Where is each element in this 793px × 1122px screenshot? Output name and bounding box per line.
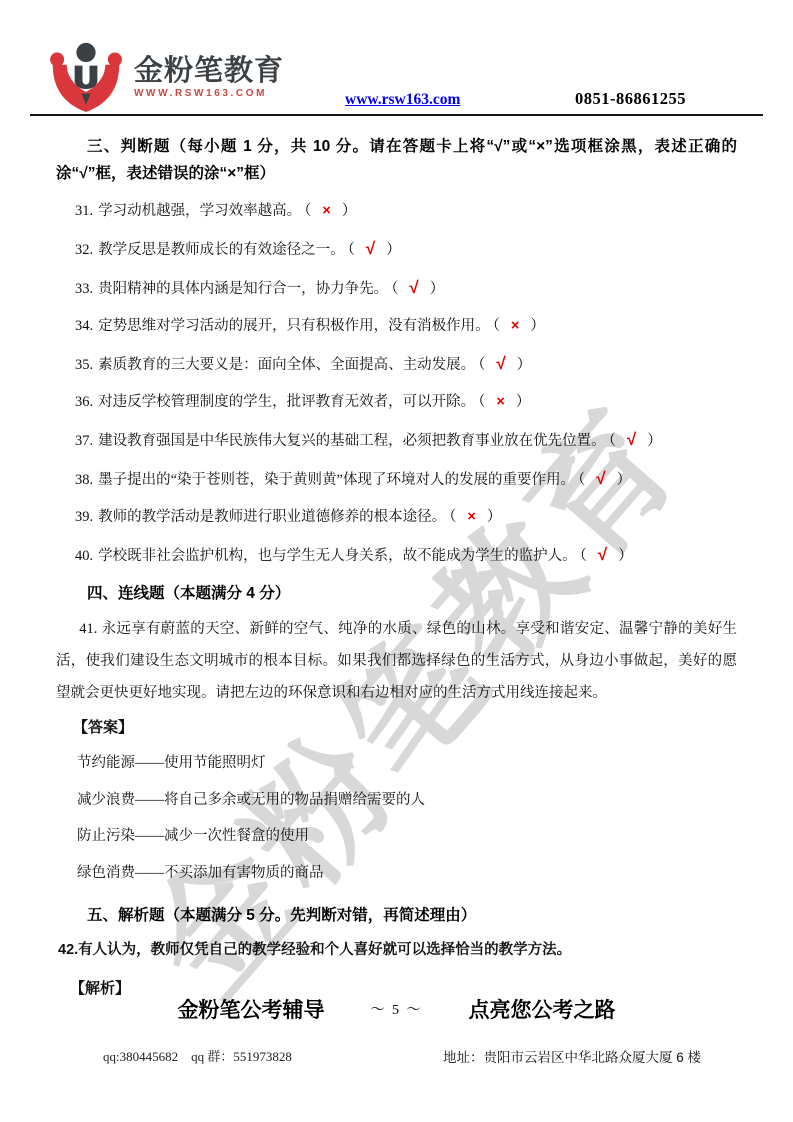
question-number: 36. xyxy=(75,394,93,410)
logo-icon xyxy=(44,42,128,112)
question-text: 素质教育的三大要义是：面向全体、全面提高、主动发展。 xyxy=(98,357,475,373)
answer-mark: √ xyxy=(627,430,636,449)
paren-open: （ xyxy=(578,472,585,488)
question-number: 37. xyxy=(75,433,93,449)
brand-name: 金粉笔教育 xyxy=(134,56,284,86)
paren-close: ） xyxy=(618,548,633,564)
question-number: 39. xyxy=(75,509,93,525)
pair-left: 节约能源 xyxy=(77,755,135,771)
footer-brand: 金粉笔公考辅导 xyxy=(178,994,325,1024)
judge-question-row: 37.建设教育强国是中华民族伟大复兴的基础工程，必须把教育事业放在优先位置。（√… xyxy=(56,431,737,450)
match-pair-row: 减少浪费——将自己多余或无用的物品捐赠给需要的人 xyxy=(56,792,737,809)
paren-close: ） xyxy=(517,357,532,373)
website-link[interactable]: www.rsw163.com xyxy=(345,91,460,109)
phone-number: 0851-86861255 xyxy=(575,89,686,109)
question-number: 33. xyxy=(75,281,93,297)
pair-dash: —— xyxy=(135,792,164,808)
section-analysis-title: 五、解析题（本题满分 5 分。先判断对错，再简述理由） xyxy=(56,902,737,929)
brand-site-url: WWW.RSW163.COM xyxy=(134,88,284,99)
answer-mark: √ xyxy=(598,545,607,564)
paren-close: ） xyxy=(342,203,357,219)
exam-document-page: 金粉笔教育 金粉笔教育 WWW.RSW163.COM www.rsw163.co… xyxy=(0,0,793,1122)
paren-close: ） xyxy=(487,509,502,525)
question-number: 41. xyxy=(79,621,97,637)
question-text: 墨子提出的“染于苍则苍，染于黄则黄”体现了环境对人的发展的重要作用。 xyxy=(98,472,575,488)
answer-mark: √ xyxy=(366,239,375,258)
paren-close: ） xyxy=(530,318,545,334)
paren-close: ） xyxy=(430,281,445,297)
paren-open: （ xyxy=(580,548,587,564)
question-text: 永远享有蔚蓝的天空、新鲜的空气、纯净的水质、绿色的山林。享受和谐安定、温馨宁静的… xyxy=(56,621,737,701)
question-number: 34. xyxy=(75,318,93,334)
paren-close: ） xyxy=(617,472,632,488)
pair-right: 将自己多余或无用的物品捐赠给需要的人 xyxy=(164,792,425,808)
paren-close: ） xyxy=(386,242,401,258)
logo-text: 金粉笔教育 WWW.RSW163.COM xyxy=(134,56,284,99)
pair-dash: —— xyxy=(135,828,164,844)
question-text: 教学反思是教师成长的有效途径之一。 xyxy=(98,242,345,258)
page-number: ～ 5 ～ xyxy=(371,999,423,1019)
pair-dash: —— xyxy=(135,755,164,771)
question-text: 对违反学校管理制度的学生，批评教育无效者，可以开除。 xyxy=(98,394,475,410)
question-number: 38. xyxy=(75,472,93,488)
question-number: 31. xyxy=(75,203,93,219)
match-pair-row: 防止污染——减少一次性餐盒的使用 xyxy=(56,828,737,845)
question-number: 40. xyxy=(75,548,93,564)
judge-question-row: 31.学习动机越强，学习效率越高。（×） xyxy=(56,203,737,220)
judge-question-row: 32.教学反思是教师成长的有效途径之一。（√） xyxy=(56,240,737,259)
question-number: 35. xyxy=(75,357,93,373)
question-text: 学校既非社会监护机构，也与学生无人身关系，故不能成为学生的监护人。 xyxy=(98,548,577,564)
analysis-question: 42.有人认为，教师仅凭自己的教学经验和个人喜好就可以选择恰当的教学方法。 xyxy=(56,941,737,959)
address: 地址：贵阳市云岩区中华北路众厦大厦 6 楼 xyxy=(443,1046,701,1066)
footer: 金粉笔公考辅导 ～ 5 ～ 点亮您公考之路 qq:380445682 qq 群：… xyxy=(0,994,793,1066)
header: 金粉笔教育 WWW.RSW163.COM www.rsw163.com 0851… xyxy=(30,0,763,116)
pair-left: 绿色消费 xyxy=(77,865,135,881)
section-match-title: 四、连线题（本题满分 4 分） xyxy=(56,580,737,607)
paren-close: ） xyxy=(647,433,662,449)
answer-mark: × xyxy=(496,394,504,410)
paren-open: （ xyxy=(609,433,616,449)
pair-left: 减少浪费 xyxy=(77,792,135,808)
answer-label: 【答案】 xyxy=(56,719,737,737)
answer-mark: × xyxy=(467,509,475,525)
question-text: 建设教育强国是中华民族伟大复兴的基础工程，必须把教育事业放在优先位置。 xyxy=(98,433,606,449)
answer-mark: × xyxy=(322,203,330,219)
judge-question-row: 35.素质教育的三大要义是：面向全体、全面提高、主动发展。（√） xyxy=(56,355,737,374)
judge-question-row: 38.墨子提出的“染于苍则苍，染于黄则黄”体现了环境对人的发展的重要作用。（√） xyxy=(56,470,737,489)
paren-open: （ xyxy=(478,394,485,410)
document-body: 三、判断题（每小题 1 分，共 10 分。请在答题卡上将“√”或“×”选项框涂黑… xyxy=(0,133,793,998)
footer-contact-line: qq:380445682 qq 群：551973828 地址：贵阳市云岩区中华北… xyxy=(0,1046,793,1066)
pair-right: 减少一次性餐盒的使用 xyxy=(164,828,309,844)
paren-open: （ xyxy=(449,509,456,525)
pair-dash: —— xyxy=(135,865,164,881)
match-question: 41.永远享有蔚蓝的天空、新鲜的空气、纯净的水质、绿色的山林。享受和谐安定、温馨… xyxy=(56,613,737,709)
answer-mark: √ xyxy=(496,354,505,373)
match-pair-row: 绿色消费——不买添加有害物质的商品 xyxy=(56,865,737,882)
paren-open: （ xyxy=(478,357,485,373)
match-answer-list: 节约能源——使用节能照明灯 减少浪费——将自己多余或无用的物品捐赠给需要的人 防… xyxy=(56,755,737,882)
match-pair-row: 节约能源——使用节能照明灯 xyxy=(56,755,737,772)
qq-contact: qq:380445682 qq 群：551973828 xyxy=(103,1046,292,1066)
paren-open: （ xyxy=(348,242,355,258)
paren-close: ） xyxy=(516,394,531,410)
footer-slogan-line: 金粉笔公考辅导 ～ 5 ～ 点亮您公考之路 xyxy=(0,994,793,1024)
judge-question-row: 39.教师的教学活动是教师进行职业道德修养的根本途径。（×） xyxy=(56,509,737,526)
question-number: 32. xyxy=(75,242,93,258)
judge-question-row: 40.学校既非社会监护机构，也与学生无人身关系，故不能成为学生的监护人。（√） xyxy=(56,546,737,565)
pair-left: 防止污染 xyxy=(77,828,135,844)
judge-question-row: 36.对违反学校管理制度的学生，批评教育无效者，可以开除。（×） xyxy=(56,394,737,411)
question-text: 教师的教学活动是教师进行职业道德修养的根本途径。 xyxy=(98,509,446,525)
judge-question-row: 33.贵阳精神的具体内涵是知行合一，协力争先。（√） xyxy=(56,279,737,298)
judge-question-list: 31.学习动机越强，学习效率越高。（×） 32.教学反思是教师成长的有效途径之一… xyxy=(56,203,737,565)
answer-mark: √ xyxy=(409,278,418,297)
brand-logo: 金粉笔教育 WWW.RSW163.COM xyxy=(44,42,284,112)
answer-mark: √ xyxy=(596,469,605,488)
pair-right: 使用节能照明灯 xyxy=(164,755,266,771)
paren-open: （ xyxy=(493,318,500,334)
question-text: 定势思维对学习活动的展开，只有积极作用，没有消极作用。 xyxy=(98,318,490,334)
pair-right: 不买添加有害物质的商品 xyxy=(164,865,324,881)
footer-slogan: 点亮您公考之路 xyxy=(469,994,616,1024)
answer-mark: × xyxy=(511,318,519,334)
paren-open: （ xyxy=(304,203,311,219)
judge-question-row: 34.定势思维对学习活动的展开，只有积极作用，没有消极作用。（×） xyxy=(56,318,737,335)
section-judge-title: 三、判断题（每小题 1 分，共 10 分。请在答题卡上将“√”或“×”选项框涂黑… xyxy=(56,133,737,187)
paren-open: （ xyxy=(391,281,398,297)
question-text: 贵阳精神的具体内涵是知行合一，协力争先。 xyxy=(98,281,388,297)
question-text: 学习动机越强，学习效率越高。 xyxy=(98,203,301,219)
